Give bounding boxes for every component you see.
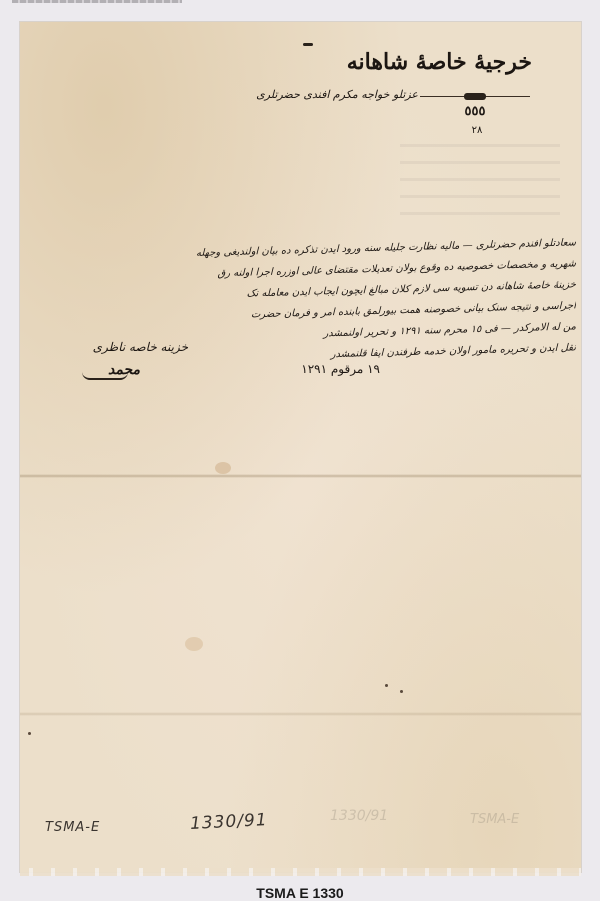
faint-file-number: 1330/91 [330,808,388,824]
archive-code-annotation: TSMA-E [45,820,100,835]
fold-line [20,712,581,716]
scan-header-note [12,0,182,3]
letterhead-tughra: خرجیهٔ خاصهٔ شاهانه [412,50,532,74]
letterhead-ornament-rule [420,96,530,97]
file-number-annotation: 1330/91 [190,810,269,834]
ink-speck [385,684,388,687]
torn-bottom-edge [20,868,581,876]
date-line: ١٩ مرقوم ١٢٩١ [230,362,380,376]
faint-archive-code: TSMA-E [470,812,519,827]
fold-line [20,474,581,478]
document-caption: TSMA E 1330 [0,886,600,901]
signature-title: خزینه خاصه ناظری [78,340,188,354]
ink-speck [28,732,31,735]
ink-speck [400,690,403,693]
signature-flourish [82,372,128,380]
paper-stain [185,637,203,651]
address-line: عزتلو خواجه مکرم افندی حضرتلری [258,88,418,101]
faded-writing [400,130,560,220]
paper-stain [215,462,231,474]
reference-number: ٥٥٥ [455,104,495,119]
pen-mark [303,43,313,46]
